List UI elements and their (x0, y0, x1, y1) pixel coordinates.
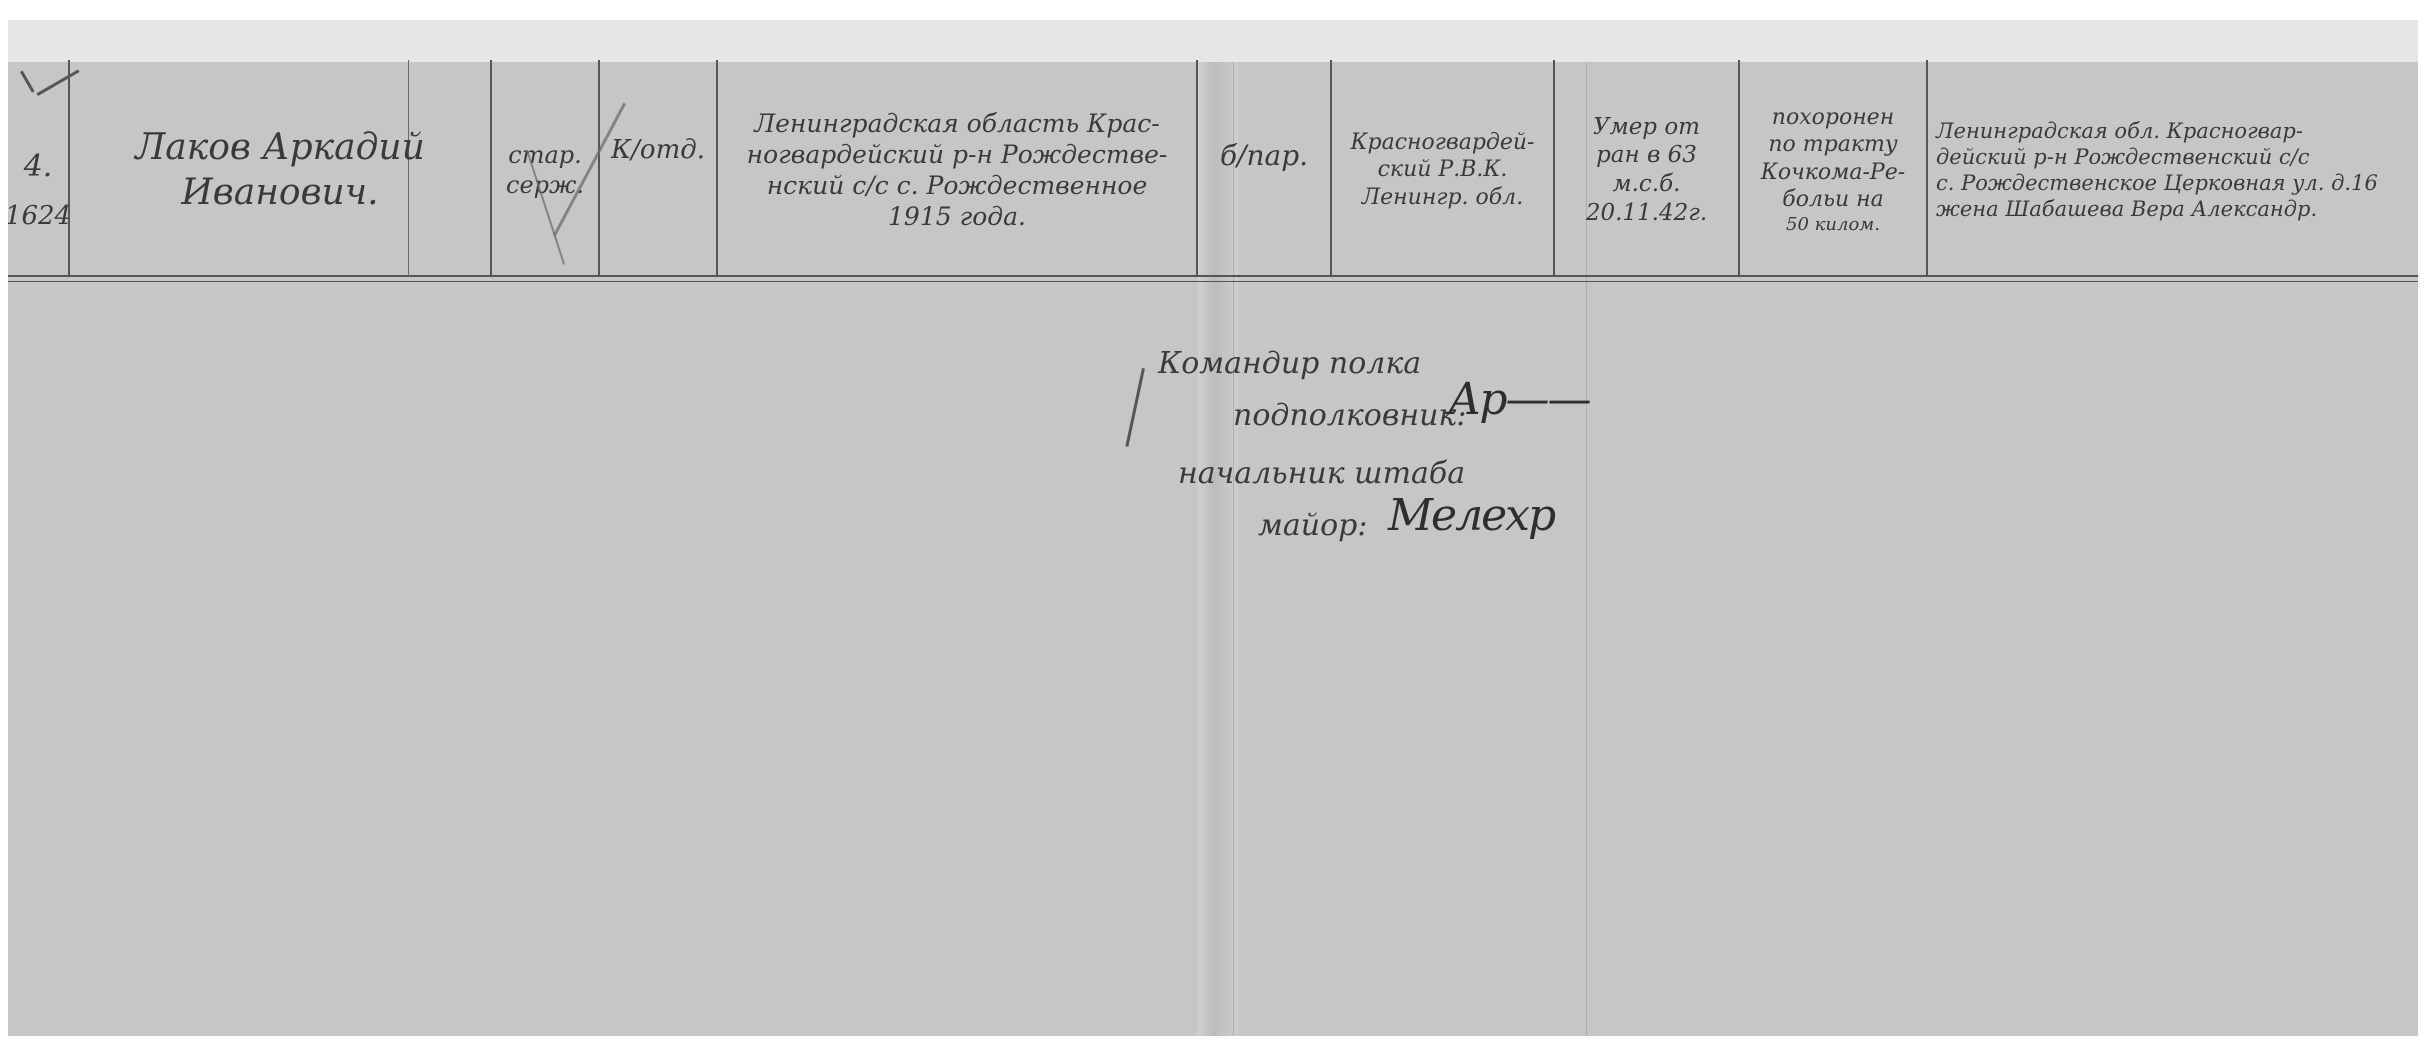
chief-of-staff-rank: майор: (1258, 508, 1367, 543)
death-line: 20.11.42г. (1586, 199, 1707, 228)
next-of-kin-line: Ленинградская обл. Красногвар- (1936, 118, 2303, 144)
commander-title: Командир полка (1158, 346, 1421, 381)
row-number: 4. (24, 148, 53, 186)
page-top-edge (8, 20, 2418, 62)
birthplace-line: ногвардейский р-н Рождестве- (747, 139, 1168, 170)
name-line: Лаков Аркадий (135, 125, 425, 170)
rank-cell: стар. серж. (492, 70, 598, 270)
next-of-kin-line: жена Шабашева Вера Александр. (1936, 196, 2317, 222)
signature-block: Командир полка подполковник: Ар—— началь… (1128, 338, 1828, 598)
margin-stroke (1125, 368, 1145, 447)
record-id: 1624 (8, 200, 71, 233)
burial-line: больи на (1782, 186, 1883, 214)
burial-line: похоронен (1772, 104, 1894, 132)
next-of-kin-line: с. Рождественское Церковная ул. д.16 (1936, 170, 2378, 196)
birthplace-line: нский с/с с. Рождественное (767, 170, 1148, 201)
document-page: 4. 1624 Лаков Аркадий Иванович. стар. се… (8, 20, 2418, 1036)
next-of-kin-line: дейский р-н Рождественский с/с (1936, 144, 2310, 170)
birthplace-line: 1915 года. (888, 201, 1026, 232)
commander-signature: Ар—— (1448, 374, 1590, 425)
row-number-cell: 4. 1624 (8, 70, 68, 270)
death-line: м.с.б. (1613, 170, 1681, 199)
rank-line: серж. (506, 170, 584, 200)
party-cell: б/пар. (1198, 70, 1330, 270)
birthplace-line: Ленинградская область Крас- (754, 108, 1160, 139)
draft-office-cell: Красногвардей- ский Р.В.К. Ленингр. обл. (1332, 70, 1553, 270)
column-divider (1926, 60, 1928, 276)
burial-line: Кочкома-Ре- (1761, 159, 1905, 187)
birthplace-cell: Ленинградская область Крас- ногвардейски… (718, 70, 1196, 270)
burial-line: по тракту (1768, 131, 1897, 159)
draft-office-line: ский Р.В.К. (1378, 156, 1508, 184)
table-bottom-rule (8, 275, 2418, 277)
name-line: Иванович. (181, 170, 378, 215)
chief-of-staff-title: начальник штаба (1178, 456, 1465, 491)
death-line: ран в 63 (1596, 141, 1697, 170)
burial-line: 50 килом. (1786, 214, 1880, 237)
position-value: К/отд. (611, 134, 705, 167)
rank-line: стар. (508, 140, 582, 170)
position-cell: К/отд. (600, 70, 716, 270)
burial-cell: похоронен по тракту Кочкома-Ре- больи на… (1740, 70, 1926, 270)
death-line: Умер от (1593, 113, 1700, 142)
draft-office-line: Красногвардей- (1351, 129, 1535, 157)
next-of-kin-cell: Ленинградская обл. Красногвар- дейский р… (1930, 70, 2418, 270)
chief-of-staff-signature: Мелехр (1388, 490, 1554, 541)
table-bottom-rule-second (8, 281, 2418, 282)
party-value: б/пар. (1220, 138, 1308, 173)
death-cell: Умер от ран в 63 м.с.б. 20.11.42г. (1555, 70, 1738, 270)
full-name-cell: Лаков Аркадий Иванович. (70, 70, 490, 270)
commander-rank: подполковник: (1233, 398, 1466, 433)
draft-office-line: Ленингр. обл. (1362, 184, 1523, 212)
